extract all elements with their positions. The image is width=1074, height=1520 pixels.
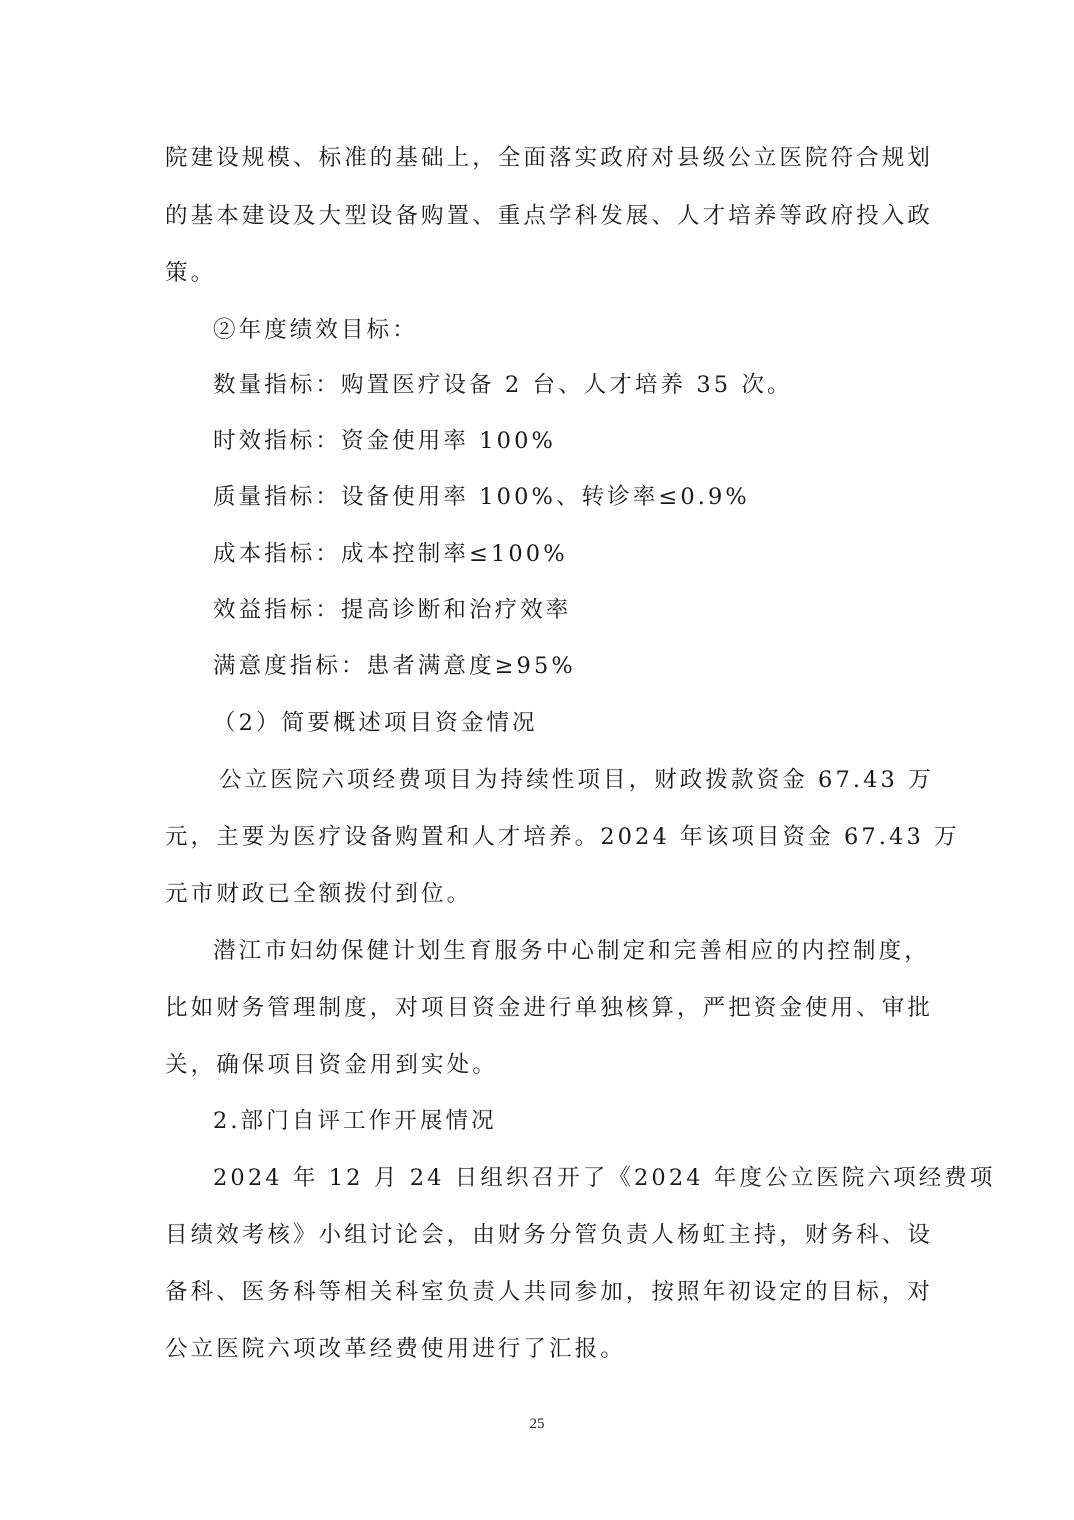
text-line: 公立医院六项改革经费使用进行了汇报。 bbox=[165, 1334, 915, 1364]
text-line: 策。 bbox=[165, 258, 915, 288]
indicator-timeliness: 时效指标：资金使用率 100% bbox=[213, 426, 963, 456]
text-line: 潜江市妇幼保健计划生育服务中心制定和完善相应的内控制度， bbox=[213, 936, 915, 966]
indicator-benefit: 效益指标：提高诊断和治疗效率 bbox=[213, 595, 963, 625]
text-line: 目绩效考核》小组讨论会，由财务分管负责人杨虹主持，财务科、设 bbox=[165, 1220, 915, 1250]
text-line: 元市财政已全额拨付到位。 bbox=[165, 879, 915, 909]
text-line: 元，主要为医疗设备购置和人才培养。2024 年该项目资金 67.43 万 bbox=[165, 822, 915, 852]
heading-self-evaluation: 2.部门自评工作开展情况 bbox=[213, 1106, 963, 1136]
text-line: 院建设规模、标准的基础上，全面落实政府对县级公立医院符合规划 bbox=[165, 143, 915, 173]
text-line: 公立医院六项经费项目为持续性项目，财政拨款资金 67.43 万 bbox=[219, 765, 915, 795]
indicator-quality: 质量指标：设备使用率 100%、转诊率≤0.9% bbox=[213, 482, 963, 512]
indicator-cost: 成本指标：成本控制率≤100% bbox=[213, 539, 963, 569]
page-number: 25 bbox=[0, 1416, 1074, 1433]
heading-annual-goals: ②年度绩效目标： bbox=[213, 315, 963, 345]
indicator-quantity: 数量指标：购置医疗设备 2 台、人才培养 35 次。 bbox=[213, 370, 963, 400]
document-page: 院建设规模、标准的基础上，全面落实政府对县级公立医院符合规划 的基本建设及大型设… bbox=[0, 0, 1074, 1520]
heading-fund-overview: （2）简要概述项目资金情况 bbox=[213, 708, 963, 738]
text-line: 2024 年 12 月 24 日组织召开了《2024 年度公立医院六项经费项 bbox=[213, 1163, 915, 1193]
text-line: 关，确保项目资金用到实处。 bbox=[165, 1050, 915, 1080]
text-line: 备科、医务科等相关科室负责人共同参加，按照年初设定的目标，对 bbox=[165, 1277, 915, 1307]
text-line: 的基本建设及大型设备购置、重点学科发展、人才培养等政府投入政 bbox=[165, 201, 915, 231]
indicator-satisfaction: 满意度指标：患者满意度≥95% bbox=[213, 651, 963, 681]
text-line: 比如财务管理制度，对项目资金进行单独核算，严把资金使用、审批 bbox=[165, 993, 915, 1023]
